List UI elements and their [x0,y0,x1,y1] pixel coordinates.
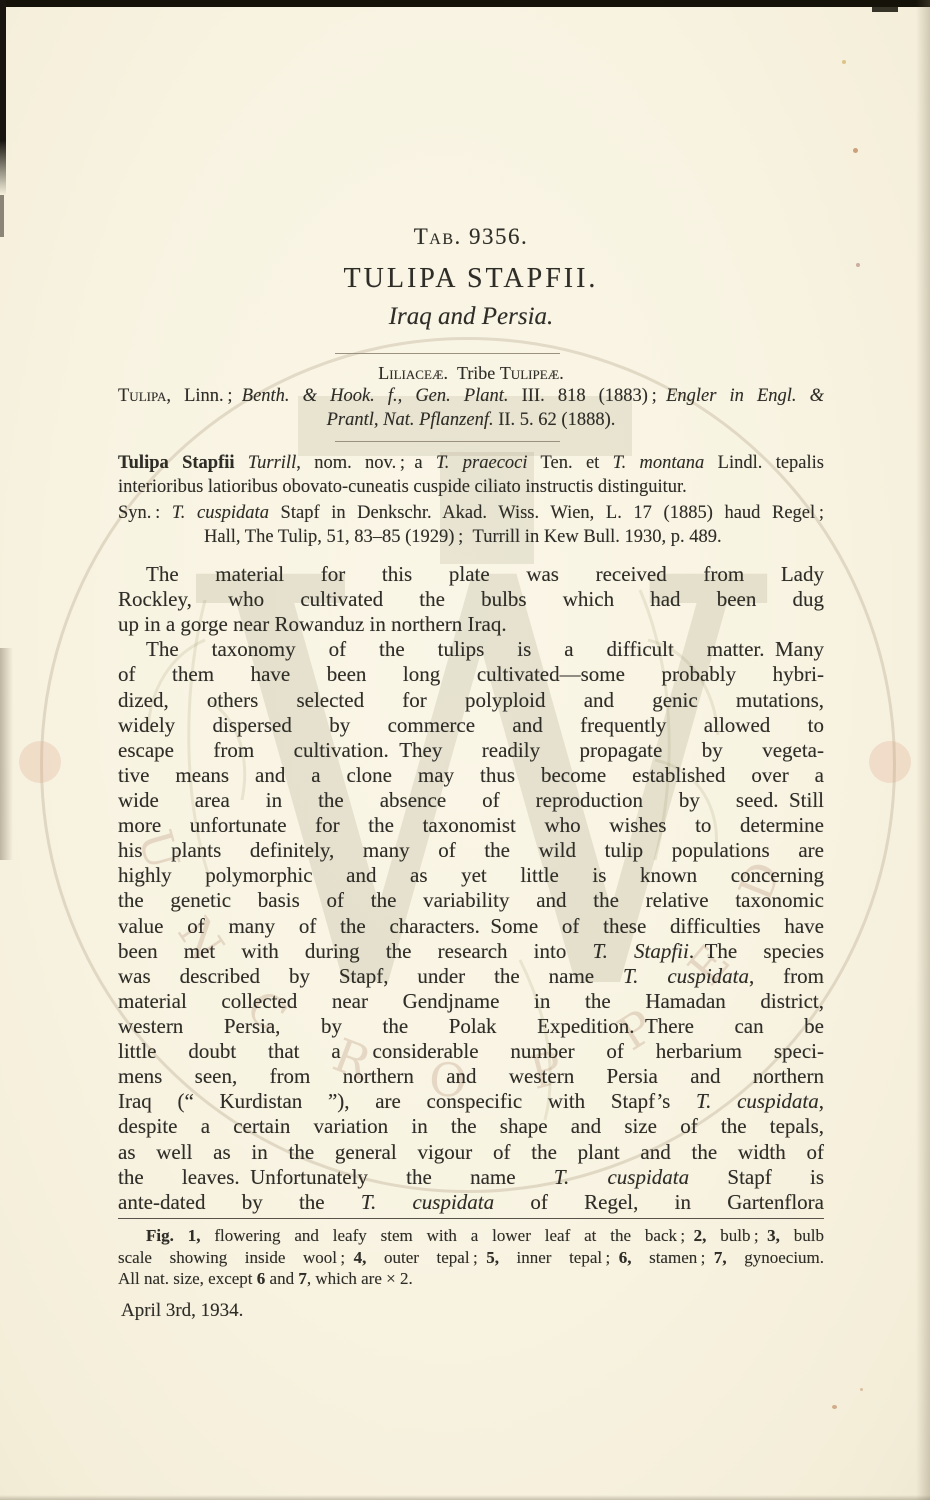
text-line: wide area in the absence of reproduction… [118,788,824,813]
text-line: as well as in the general vigour of the … [118,1140,824,1165]
family-line: Liliaceæ. Tribe Tulipeæ. [118,363,824,384]
text-line: Syn. : T. cuspidata Stapf in Denkschr. A… [118,503,824,527]
text-line: scale showing inside wool ; 4, outer tep… [118,1248,824,1270]
divider-rule-top [335,353,560,354]
figure-caption-rule [118,1218,824,1219]
text-line: Tulipa, Linn. ; Benth. & Hook. f., Gen. … [118,386,824,410]
divider-rule-bottom [335,441,560,442]
text-line: Iraq (“ Kurdistan ”), are conspecific wi… [118,1089,824,1114]
text-line: the leaves. Unfortunately the name T. cu… [118,1165,824,1190]
synonymy: Syn. : T. cuspidata Stapf in Denkschr. A… [118,503,824,551]
text-line: Prantl, Nat. Pflanzenf. II. 5. 62 (1888)… [118,410,824,434]
text-line: more unfortunate for the taxonomist who … [118,813,824,838]
text-line: up in a gorge near Rowanduz in northern … [118,612,824,637]
text-line: widely dispersed by commerce and frequen… [118,713,824,738]
figure-caption: Fig. 1, flowering and leafy stem with a … [118,1226,824,1291]
text-line: Hall, The Tulip, 51, 83–85 (1929) ; Turr… [204,527,824,551]
page-subtitle: Iraq and Persia. [118,303,824,331]
text-line: tive means and a clone may thus become e… [118,763,824,788]
page-title: TULIPA STAPFII. [118,263,824,295]
text-line: Rockley, who cultivated the bulbs which … [118,587,824,612]
text-line: despite a certain variation in the shape… [118,1114,824,1139]
species-diagnosis: Tulipa Stapfii Turrill, nom. nov. ; a T.… [118,453,824,502]
plate-number: Tab. 9356. [118,224,824,250]
text-line: All nat. size, except 6 and 7, which are… [118,1269,824,1291]
genus-citation: Tulipa, Linn. ; Benth. & Hook. f., Gen. … [118,386,824,434]
text-line: of them have been long cultivated—some p… [118,662,824,687]
text-line: the genetic basis of the variability and… [118,888,824,913]
text-line: value of many of the characters. Some of… [118,914,824,939]
text-line: was described by Stapf, under the name T… [118,964,824,989]
text-line: little doubt that a considerable number … [118,1039,824,1064]
text-line: been met with during the research into T… [118,939,824,964]
text-line: material collected near Gendjname in the… [118,989,824,1014]
text-line: Tulipa Stapfii Turrill, nom. nov. ; a T.… [118,453,824,477]
text-line: dized, others selected for polyploid and… [118,688,824,713]
text-line: interioribus latioribus obovato-cuneatis… [118,477,824,501]
text-line: his plants definitely, many of the wild … [118,838,824,863]
date-line: April 3rd, 1934. [121,1300,243,1322]
text-line: ante-dated by the T. cuspidata of Regel,… [118,1190,824,1215]
text-line: highly polymorphic and as yet little is … [118,863,824,888]
text-line: The taxonomy of the tulips is a difficul… [118,637,824,662]
text-line: mens seen, from northern and western Per… [118,1064,824,1089]
text-line: western Persia, by the Polak Expedition.… [118,1014,824,1039]
scanned-page: UNCROPPED W Tab. 9356. TULIPA STAPFII. I… [0,0,930,1500]
text-line: escape from cultivation. They readily pr… [118,738,824,763]
body-text: The material for this plate was received… [118,562,824,1215]
text-line: Fig. 1, flowering and leafy stem with a … [118,1226,824,1248]
text-line: The material for this plate was received… [118,562,824,587]
